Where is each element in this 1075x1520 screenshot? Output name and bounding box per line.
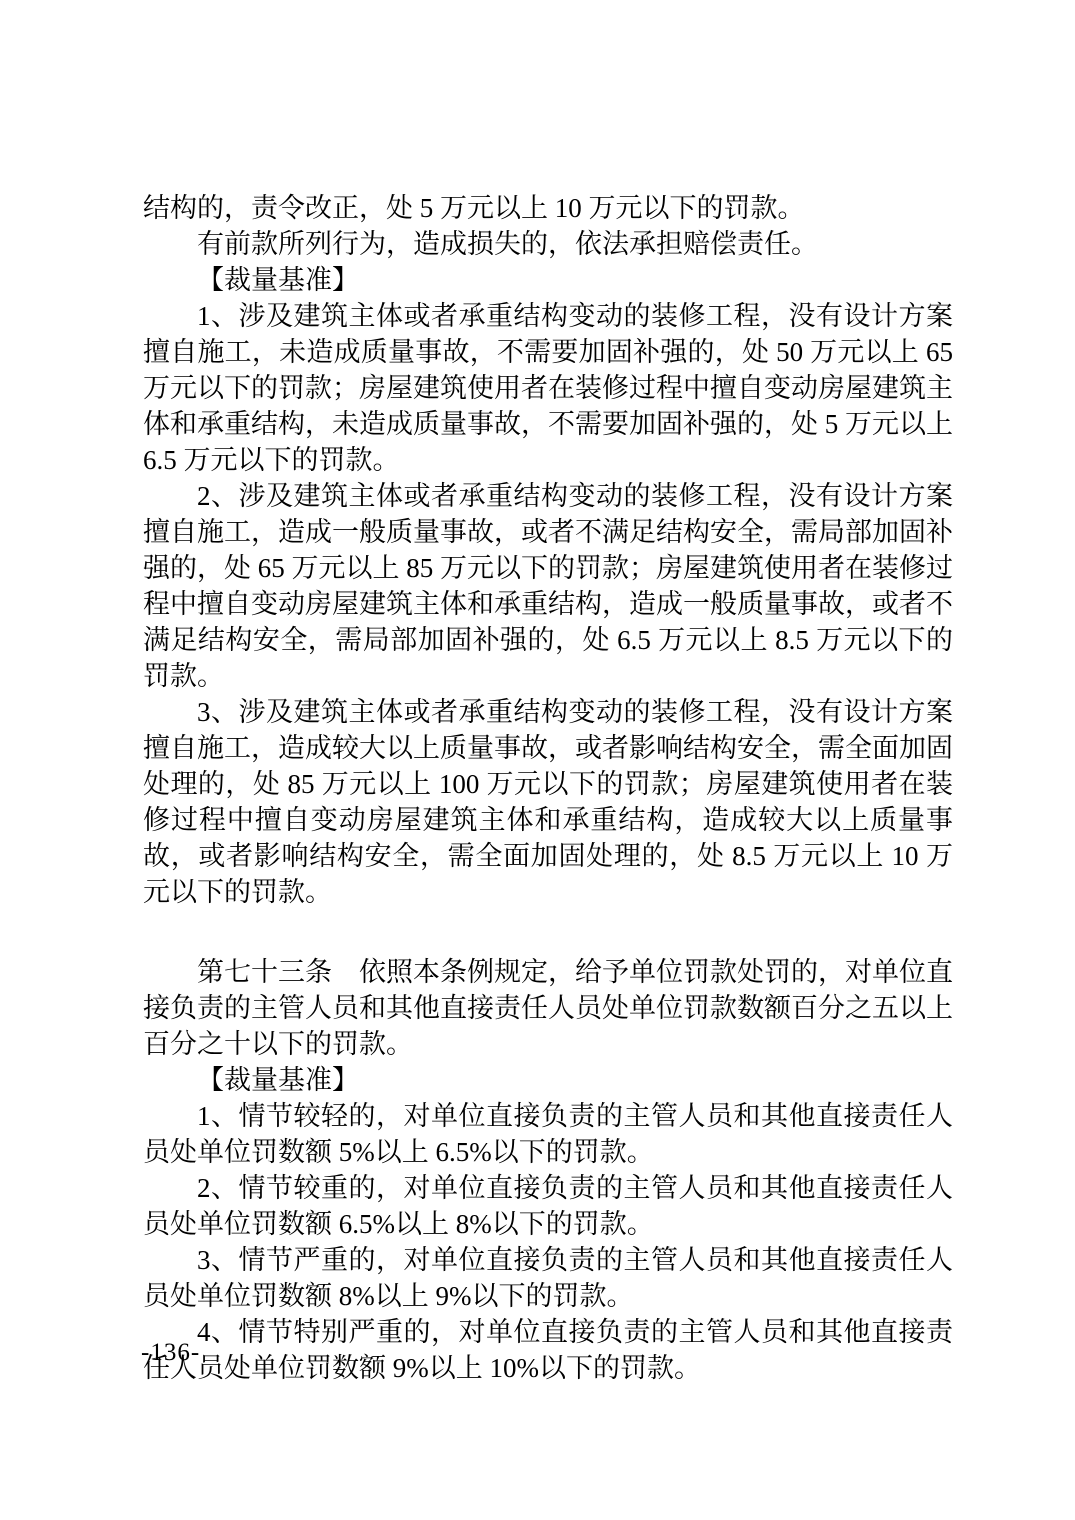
liability-clause: 有前款所列行为，造成损失的，依法承担赔偿责任。 <box>143 226 953 262</box>
discretion-benchmark-heading-2: 【裁量基准】 <box>143 1062 953 1098</box>
benchmark-2-item-4: 4、情节特别严重的，对单位直接负责的主管人员和其他直接责任人员处单位罚数额 9%… <box>143 1314 953 1386</box>
document-page: 结构的，责令改正，处 5 万元以上 10 万元以下的罚款。有前款所列行为，造成损… <box>0 0 1075 1520</box>
article-73: 第七十三条 依照本条例规定，给予单位罚款处罚的，对单位直接负责的主管人员和其他直… <box>143 954 953 1062</box>
benchmark-1-item-3: 3、涉及建筑主体或者承重结构变动的装修工程，没有设计方案擅自施工，造成较大以上质… <box>143 694 953 910</box>
page-number: -136- <box>141 1338 200 1368</box>
benchmark-2-item-2: 2、情节较重的，对单位直接负责的主管人员和其他直接责任人员处单位罚数额 6.5%… <box>143 1170 953 1242</box>
benchmark-2-item-1: 1、情节较轻的，对单位直接负责的主管人员和其他直接责任人员处单位罚数额 5%以上… <box>143 1098 953 1170</box>
continuation-line: 结构的，责令改正，处 5 万元以上 10 万元以下的罚款。 <box>143 190 953 226</box>
document-body: 结构的，责令改正，处 5 万元以上 10 万元以下的罚款。有前款所列行为，造成损… <box>143 190 953 1386</box>
benchmark-2-item-3: 3、情节严重的，对单位直接负责的主管人员和其他直接责任人员处单位罚数额 8%以上… <box>143 1242 953 1314</box>
benchmark-1-item-1: 1、涉及建筑主体或者承重结构变动的装修工程，没有设计方案擅自施工，未造成质量事故… <box>143 298 953 478</box>
benchmark-1-item-2: 2、涉及建筑主体或者承重结构变动的装修工程，没有设计方案擅自施工，造成一般质量事… <box>143 478 953 694</box>
discretion-benchmark-heading-1: 【裁量基准】 <box>143 262 953 298</box>
